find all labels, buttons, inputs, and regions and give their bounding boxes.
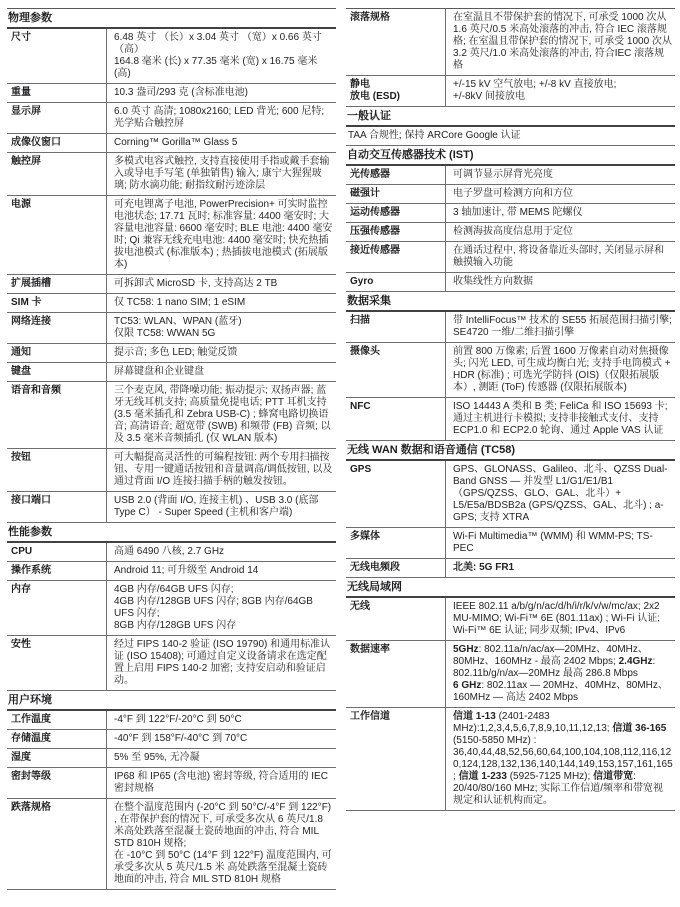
table-row: 安性 经过 FIPS 140-2 验证 (ISO 19790) 和通用标准认证 …	[7, 636, 336, 691]
spec-label: 多媒体	[346, 528, 446, 558]
spec-value: 在通话过程中, 将设备靠近头部时, 关闭显示屏和触摸输入功能	[446, 242, 675, 272]
spec-value: 提示音; 多色 LED; 触觉反馈	[107, 344, 336, 362]
spec-label: 电源	[7, 196, 107, 274]
table-row: 触控屏 多模式电容式触控, 支持直接使用手指或戴手套输入或导电手写笔 (单独销售…	[7, 153, 336, 196]
spec-value: 检测海拔高度信息用于定位	[446, 223, 675, 241]
spec-value: 仅 TC58: 1 nano SIM; 1 eSIM	[107, 294, 336, 312]
spec-label: 按钮	[7, 449, 107, 491]
spec-label: Gyro	[346, 273, 446, 291]
spec-value: 3 轴加速计, 带 MEMS 陀螺仪	[446, 204, 675, 222]
table-row: 重量 10.3 盎司/293 克 (含标准电池)	[7, 84, 336, 103]
table-row: 存储温度 -40°F 到 158°F/-40°C 到 70°C	[7, 730, 336, 749]
spec-value: 5% 至 95%, 无冷凝	[107, 749, 336, 767]
spec-value: TC53: WLAN、WPAN (蓝牙) 仅限 TC58: WWAN 5G	[107, 313, 336, 343]
spec-value: 可拆卸式 MicroSD 卡, 支持高达 2 TB	[107, 275, 336, 293]
table-row: 压强传感器 检测海拔高度信息用于定位	[346, 223, 675, 242]
table-row: SIM 卡 仅 TC58: 1 nano SIM; 1 eSIM	[7, 294, 336, 313]
spec-value: Android 11; 可升级至 Android 14	[107, 562, 336, 580]
spec-value: 高通 6490 八核, 2.7 GHz	[107, 543, 336, 561]
spec-label: 显示屏	[7, 103, 107, 133]
section-title: 数据采集	[346, 292, 675, 312]
spec-label: 操作系统	[7, 562, 107, 580]
spec-label: 光传感器	[346, 166, 446, 184]
spec-value: +/-15 kV 空气放电; +/-8 kV 直接放电; +/-8kV 间接放电	[446, 76, 675, 106]
section-title: 自动交互传感器技术 (IST)	[346, 146, 675, 166]
table-row: 无线电频段 北美: 5G FR1	[346, 559, 675, 578]
spec-label: 尺寸	[7, 29, 107, 83]
table-row: 多媒体 Wi-Fi Multimedia™ (WMM) 和 WMM-PS; TS…	[346, 528, 675, 559]
spec-label: 成像仪窗口	[7, 134, 107, 152]
spec-label: 存储温度	[7, 730, 107, 748]
spec-label: 接近传感器	[346, 242, 446, 272]
section-title: 无线 WAN 数据和语音通信 (TC58)	[346, 441, 675, 461]
section-title: 物理参数	[7, 9, 336, 29]
spec-value: 北美: 5G FR1	[446, 559, 675, 577]
table-row: 静电 放电 (ESD) +/-15 kV 空气放电; +/-8 kV 直接放电;…	[346, 76, 675, 107]
spec-value: IEEE 802.11 a/b/g/n/ac/d/h/i/r/k/v/w/mc/…	[446, 598, 675, 640]
spec-label: 键盘	[7, 363, 107, 381]
table-row: 成像仪窗口 Corning™ Gorilla™ Glass 5	[7, 134, 336, 153]
spec-value: ISO 14443 A 类和 B 类; FeliCa 和 ISO 15693 卡…	[446, 398, 675, 440]
spec-label: 磁强计	[346, 185, 446, 203]
section-title: 无线局域网	[346, 578, 675, 598]
spec-section: 数据采集 扫描 带 IntelliFocus™ 技术的 SE55 拓展范围扫描引…	[346, 292, 675, 441]
table-row: 按钮 可大幅提高灵活性的可编程按钮: 两个专用扫描按钮、专用一键通话按钮和音量调…	[7, 449, 336, 492]
spec-value: 电子罗盘可检测方向和方位	[446, 185, 675, 203]
spec-label: GPS	[346, 461, 446, 527]
spec-label: 工作温度	[7, 711, 107, 729]
table-row: TAA 合规性; 保持 ARCore Google 认证	[346, 127, 675, 146]
table-row: CPU 高通 6490 八核, 2.7 GHz	[7, 543, 336, 562]
spec-label: 滚落规格	[346, 9, 446, 75]
section-title: 用户环境	[7, 691, 336, 711]
spec-section: 滚落规格 在室温且不带保护套的情况下, 可承受 1000 次从 1.6 英尺/0…	[346, 9, 675, 107]
spec-label: NFC	[346, 398, 446, 440]
spec-label: 工作信道	[346, 708, 446, 810]
spec-value: 10.3 盎司/293 克 (含标准电池)	[107, 84, 336, 102]
spec-label: 摄像头	[346, 343, 446, 397]
spec-label: 运动传感器	[346, 204, 446, 222]
table-row: 工作温度 -4°F 到 122°F/-20°C 到 50°C	[7, 711, 336, 730]
table-row: GPS GPS、GLONASS、Galileo、北斗、QZSS Dual-Ban…	[346, 461, 675, 528]
table-row: 湿度 5% 至 95%, 无冷凝	[7, 749, 336, 768]
spec-label: 数据速率	[346, 641, 446, 707]
spec-label: 内存	[7, 581, 107, 635]
spec-value: 可大幅提高灵活性的可编程按钮: 两个专用扫描按钮、专用一键通话按钮和音量调高/调…	[107, 449, 336, 491]
table-row: 光传感器 可调节显示屏背光亮度	[346, 166, 675, 185]
spec-value: 前置 800 万像素; 后置 1600 万像素自动对焦摄像头; 闪光 LED, …	[446, 343, 675, 397]
table-row: 语音和音频 三个麦克风, 带降噪功能; 振动提示; 双扬声器; 蓝牙无线耳机支持…	[7, 382, 336, 449]
table-row: 跌落规格 在整个温度范围内 (-20°C 到 50°C/-4°F 到 122°F…	[7, 799, 336, 890]
table-row: 扫描 带 IntelliFocus™ 技术的 SE55 拓展范围扫描引擎; SE…	[346, 312, 675, 343]
spec-label: 扩展插槽	[7, 275, 107, 293]
section-title: 性能参数	[7, 523, 336, 543]
table-row: 密封等级 IP68 和 IP65 (含电池) 密封等级, 符合适用的 IEC 密…	[7, 768, 336, 799]
spec-value: GPS、GLONASS、Galileo、北斗、QZSS Dual-Band GN…	[446, 461, 675, 527]
spec-section: 无线 WAN 数据和语音通信 (TC58) GPS GPS、GLONASS、Ga…	[346, 441, 675, 578]
spec-section: 用户环境 工作温度 -4°F 到 122°F/-20°C 到 50°C 存储温度…	[7, 691, 336, 890]
spec-value: IP68 和 IP65 (含电池) 密封等级, 符合适用的 IEC 密封规格	[107, 768, 336, 798]
spec-section: 性能参数 CPU 高通 6490 八核, 2.7 GHz 操作系统 Androi…	[7, 523, 336, 691]
spec-value: USB 2.0 (背面 I/O, 连接主机) 、USB 3.0 (底部 Type…	[107, 492, 336, 522]
spec-value: 可调节显示屏背光亮度	[446, 166, 675, 184]
spec-label: 接口端口	[7, 492, 107, 522]
table-row: 接口端口 USB 2.0 (背面 I/O, 连接主机) 、USB 3.0 (底部…	[7, 492, 336, 523]
spec-value: 5GHz: 802.11a/n/ac/ax—20MHz、40MHz、80MHz、…	[446, 641, 675, 707]
spec-value: 三个麦克风, 带降噪功能; 振动提示; 双扬声器; 蓝牙无线耳机支持; 高质量免…	[107, 382, 336, 448]
table-row: 电源 可充电锂离子电池, PowerPrecision+ 可实时监控电池状态; …	[7, 196, 336, 275]
table-row: 显示屏 6.0 英寸 高清; 1080x2160; LED 背光; 600 尼特…	[7, 103, 336, 134]
spec-value: Wi-Fi Multimedia™ (WMM) 和 WMM-PS; TS-PEC	[446, 528, 675, 558]
spec-label: 语音和音频	[7, 382, 107, 448]
spec-value: 6.0 英寸 高清; 1080x2160; LED 背光; 600 尼特; 光学…	[107, 103, 336, 133]
spec-label: 重量	[7, 84, 107, 102]
table-row: 扩展插槽 可拆卸式 MicroSD 卡, 支持高达 2 TB	[7, 275, 336, 294]
spec-label: 无线电频段	[346, 559, 446, 577]
spec-label: 跌落规格	[7, 799, 107, 889]
table-row: 摄像头 前置 800 万像素; 后置 1600 万像素自动对焦摄像头; 闪光 L…	[346, 343, 675, 398]
spec-value: 多模式电容式触控, 支持直接使用手指或戴手套输入或导电手写笔 (单独销售) 输入…	[107, 153, 336, 195]
spec-column-right: 滚落规格 在室温且不带保护套的情况下, 可承受 1000 次从 1.6 英尺/0…	[346, 8, 675, 890]
spec-value: 信道 1-13 (2401-2483 MHz):1,2,3,4,5,6,7,8,…	[446, 708, 675, 810]
table-row: Gyro 收集线性方向数据	[346, 273, 675, 292]
spec-value: 在室温且不带保护套的情况下, 可承受 1000 次从 1.6 英尺/0.5 米高…	[446, 9, 675, 75]
spec-label: 通知	[7, 344, 107, 362]
table-row: 数据速率 5GHz: 802.11a/n/ac/ax—20MHz、40MHz、8…	[346, 641, 675, 708]
spec-value: TAA 合规性; 保持 ARCore Google 认证	[346, 127, 675, 145]
spec-section: 无线局域网 无线 IEEE 802.11 a/b/g/n/ac/d/h/i/r/…	[346, 578, 675, 811]
spec-value: 可充电锂离子电池, PowerPrecision+ 可实时监控电池状态; 17.…	[107, 196, 336, 274]
spec-value: 收集线性方向数据	[446, 273, 675, 291]
spec-value: 4GB 内存/64GB UFS 闪存; 4GB 内存/128GB UFS 闪存;…	[107, 581, 336, 635]
table-row: NFC ISO 14443 A 类和 B 类; FeliCa 和 ISO 156…	[346, 398, 675, 441]
spec-label: 网络连接	[7, 313, 107, 343]
spec-value: 在整个温度范围内 (-20°C 到 50°C/-4°F 到 122°F) , 在…	[107, 799, 336, 889]
spec-value: -4°F 到 122°F/-20°C 到 50°C	[107, 711, 336, 729]
spec-section: 一般认证 TAA 合规性; 保持 ARCore Google 认证	[346, 107, 675, 146]
section-title: 一般认证	[346, 107, 675, 127]
table-row: 接近传感器 在通话过程中, 将设备靠近头部时, 关闭显示屏和触摸输入功能	[346, 242, 675, 273]
spec-label: SIM 卡	[7, 294, 107, 312]
table-row: 内存 4GB 内存/64GB UFS 闪存; 4GB 内存/128GB UFS …	[7, 581, 336, 636]
spec-label: 安性	[7, 636, 107, 690]
spec-value: 带 IntelliFocus™ 技术的 SE55 拓展范围扫描引擎; SE472…	[446, 312, 675, 342]
table-row: 尺寸 6.48 英寸 （长）x 3.04 英寸 （宽）x 0.66 英寸 （高）…	[7, 29, 336, 84]
spec-section: 自动交互传感器技术 (IST) 光传感器 可调节显示屏背光亮度 磁强计 电子罗盘…	[346, 146, 675, 292]
spec-value: 屏幕键盘和企业键盘	[107, 363, 336, 381]
table-row: 网络连接 TC53: WLAN、WPAN (蓝牙) 仅限 TC58: WWAN …	[7, 313, 336, 344]
spec-label: 湿度	[7, 749, 107, 767]
spec-label: 密封等级	[7, 768, 107, 798]
spec-column-left: 物理参数 尺寸 6.48 英寸 （长）x 3.04 英寸 （宽）x 0.66 英…	[7, 8, 336, 890]
table-row: 无线 IEEE 802.11 a/b/g/n/ac/d/h/i/r/k/v/w/…	[346, 598, 675, 641]
spec-value: Corning™ Gorilla™ Glass 5	[107, 134, 336, 152]
table-row: 滚落规格 在室温且不带保护套的情况下, 可承受 1000 次从 1.6 英尺/0…	[346, 9, 675, 76]
spec-sheet-page: 物理参数 尺寸 6.48 英寸 （长）x 3.04 英寸 （宽）x 0.66 英…	[0, 0, 680, 890]
table-row: 操作系统 Android 11; 可升级至 Android 14	[7, 562, 336, 581]
spec-section: 物理参数 尺寸 6.48 英寸 （长）x 3.04 英寸 （宽）x 0.66 英…	[7, 9, 336, 523]
spec-value: 经过 FIPS 140-2 验证 (ISO 19790) 和通用标准认证 (IS…	[107, 636, 336, 690]
spec-value: -40°F 到 158°F/-40°C 到 70°C	[107, 730, 336, 748]
spec-label: 扫描	[346, 312, 446, 342]
spec-label: CPU	[7, 543, 107, 561]
spec-label: 静电 放电 (ESD)	[346, 76, 446, 106]
table-row: 键盘 屏幕键盘和企业键盘	[7, 363, 336, 382]
table-row: 通知 提示音; 多色 LED; 触觉反馈	[7, 344, 336, 363]
table-row: 运动传感器 3 轴加速计, 带 MEMS 陀螺仪	[346, 204, 675, 223]
spec-label: 触控屏	[7, 153, 107, 195]
table-row: 磁强计 电子罗盘可检测方向和方位	[346, 185, 675, 204]
spec-label: 压强传感器	[346, 223, 446, 241]
spec-value: 6.48 英寸 （长）x 3.04 英寸 （宽）x 0.66 英寸 （高） 16…	[107, 29, 336, 83]
table-row: 工作信道 信道 1-13 (2401-2483 MHz):1,2,3,4,5,6…	[346, 708, 675, 811]
spec-label: 无线	[346, 598, 446, 640]
